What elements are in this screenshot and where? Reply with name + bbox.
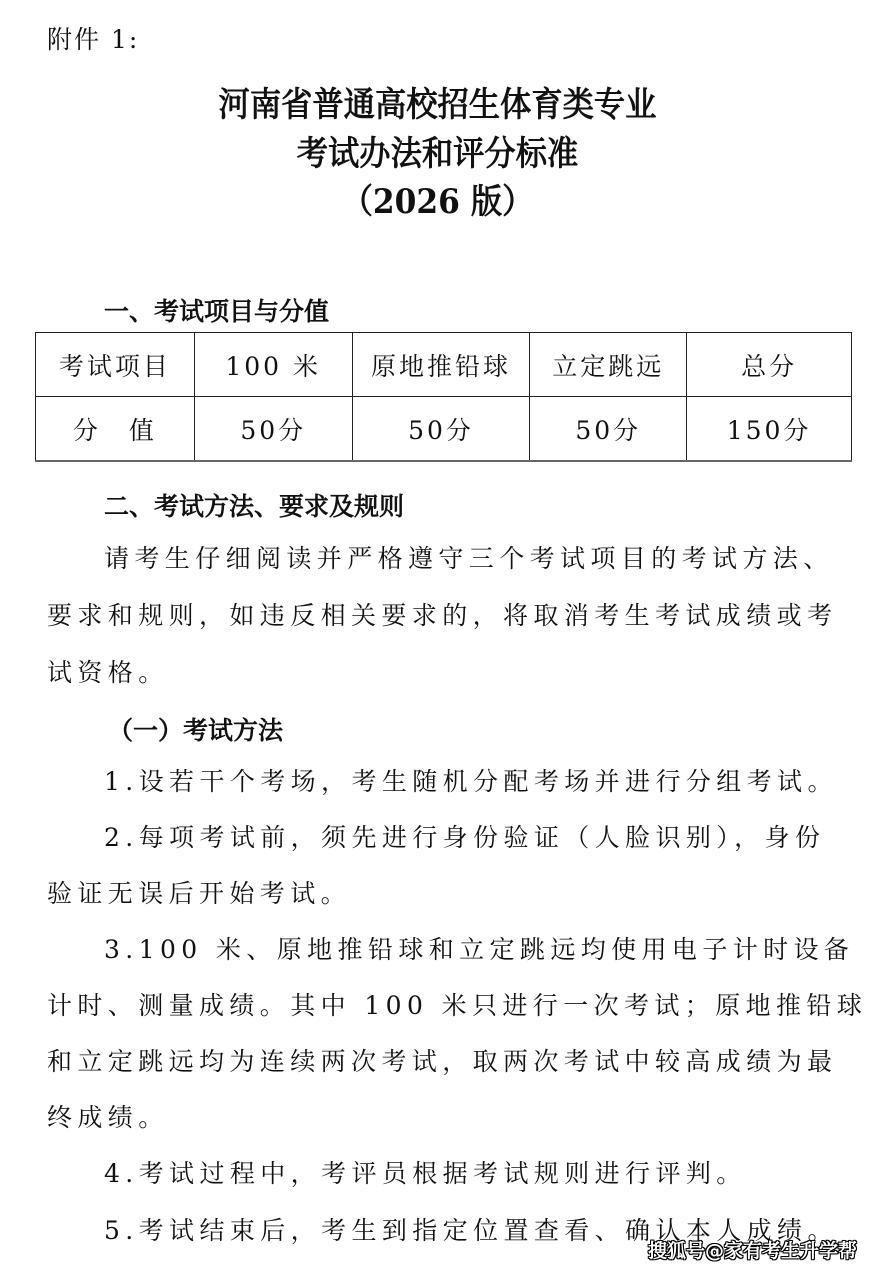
table-cell: 立定跳远 [530,333,687,397]
watermark: 搜狐号@家有考生升学帮 [648,1236,857,1263]
list-item-continuation: 和立定跳远均为连续两次考试，取两次考试中较高成绩为最 [47,1042,837,1078]
score-table: 考试项目 100 米 原地推铅球 立定跳远 总分 分 值 50分 50分 50分… [35,332,852,462]
list-item: 3.100 米、原地推铅球和立定跳远均使用电子计时设备 [104,930,854,966]
list-item: 1.设若干个考场，考生随机分配考场并进行分组考试。 [104,762,838,798]
list-item-continuation: 验证无误后开始考试。 [47,874,351,910]
document-title-line-1: 河南省普通高校招生体育类专业 [35,77,840,126]
list-item-continuation: 终成绩。 [47,1098,169,1134]
table-cell: 分 值 [36,397,195,462]
list-item: 2.每项考试前，须先进行身份验证（人脸识别），身份 [104,818,825,854]
section-2-heading: 二、考试方法、要求及规则 [104,487,404,523]
document-title-version: （2026 版） [35,174,840,223]
attachment-label: 附件 1: [47,20,139,56]
table-cell: 50分 [530,397,687,462]
table-cell: 原地推铅球 [352,333,530,397]
table-cell: 50分 [194,397,352,462]
document-title-line-2: 考试办法和评分标准 [35,126,840,175]
paragraph-line: 请考生仔细阅读并严格遵守三个考试项目的考试方法、 [104,539,834,575]
list-item: 4.考试过程中，考评员根据考试规则进行评判。 [104,1154,747,1190]
table-row: 分 值 50分 50分 50分 150分 [36,397,852,462]
paragraph-line: 试资格。 [47,653,169,689]
table-cell: 考试项目 [36,333,195,397]
table-cell: 150分 [687,397,852,462]
table-cell: 100 米 [194,333,352,397]
table-header-row: 考试项目 100 米 原地推铅球 立定跳远 总分 [36,333,852,397]
table-cell: 50分 [352,397,530,462]
list-item-continuation: 计时、测量成绩。其中 100 米只进行一次考试；原地推铅球 [47,986,867,1022]
section-1-heading: 一、考试项目与分值 [104,292,329,328]
paragraph-line: 要求和规则，如违反相关要求的，将取消考生考试成绩或考 [47,596,837,632]
table-cell: 总分 [687,333,852,397]
subsection-heading: （一）考试方法 [108,711,283,747]
